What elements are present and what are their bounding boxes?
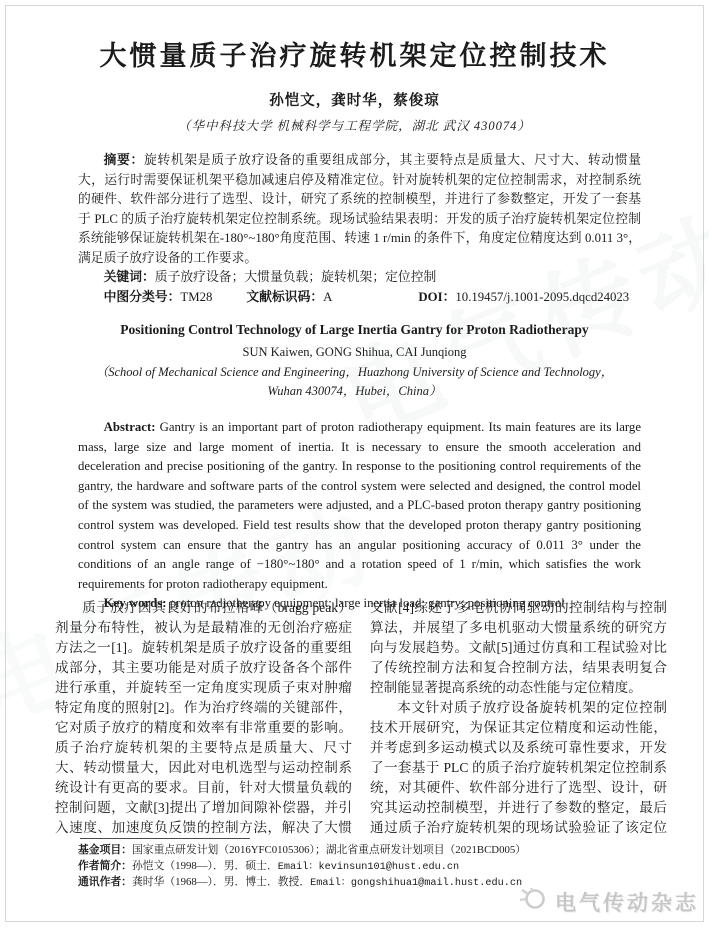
footnote-author-text: 孙恺文（1998—）．男．硕士． (132, 860, 278, 872)
clc-number: TM28 (180, 290, 212, 304)
keywords-cn: 关键词：质子放疗设备；大惯量负载；旋转机架；定位控制 (78, 268, 641, 288)
footnote-corr-email: Email：gongshihua1@mail.hust.edu.cn (310, 878, 522, 889)
abstract-cn: 摘要：旋转机架是质子放疗设备的重要组成部分，其主要特点是质量大、尺寸大、转动惯量… (78, 151, 641, 268)
doi-value: 10.19457/j.1001-2095.dqcd24023 (455, 290, 629, 304)
abstract-en-text: Gantry is an important part of proton ra… (78, 420, 641, 591)
body-paragraph: 质子放疗因其良好的布拉格峰（bragg peak）剂量分布特性，被认为是最精准的… (55, 598, 352, 838)
body-column-right: 文献[4]综述了多电机协同驱动的控制结构与控制算法，并展望了多电机驱动大惯量系统… (370, 598, 667, 838)
article-meta-row: 中图分类号：TM28文献标识码：ADOI：10.19457/j.1001-209… (78, 288, 641, 308)
footnote-fund: 基金项目：国家重点研发计划（2016YFC0105306）；湖北省重点研发计划项… (78, 843, 650, 859)
footnote-corr-label: 通讯作者： (78, 876, 132, 888)
authors-en: SUN Kaiwen, GONG Shihua, CAI Junqiong (0, 345, 709, 360)
footnote-author: 作者简介：孙恺文（1998—）．男．硕士．Email：kevinsun101@h… (78, 859, 650, 876)
abstract-cn-label: 摘要： (104, 153, 144, 167)
page-title: 大惯量质子治疗旋转机架定位控制技术 (20, 34, 689, 73)
clc-label: 中图分类号： (104, 290, 181, 304)
footnote-author-label: 作者简介： (78, 860, 132, 872)
keywords-cn-text: 质子放疗设备；大惯量负载；旋转机架；定位控制 (155, 270, 437, 284)
abstract-cn-text: 旋转机架是质子放疗设备的重要组成部分，其主要特点是质量大、尺寸大、转动惯量大，运… (78, 153, 641, 265)
body-paragraph: 文献[4]综述了多电机协同驱动的控制结构与控制算法，并展望了多电机驱动大惯量系统… (370, 598, 667, 698)
footnote-block: 基金项目：国家重点研发计划（2016YFC0105306）；湖北省重点研发计划项… (78, 838, 650, 892)
journal-watermark-text: 电气传动杂志 (555, 887, 699, 917)
body-two-columns: 质子放疗因其良好的布拉格峰（bragg peak）剂量分布特性，被认为是最精准的… (55, 598, 667, 838)
footnote-rule (80, 838, 250, 839)
footnote-corr-text: 龚时华（1968—）．男．博士．教授． (132, 876, 310, 888)
authors-cn: 孙恺文，龚时华，蔡俊琼 (0, 89, 709, 110)
affiliation-en-line1: （School of Mechanical Science and Engine… (0, 363, 709, 382)
body-column-left: 质子放疗因其良好的布拉格峰（bragg peak）剂量分布特性，被认为是最精准的… (55, 598, 352, 838)
page-title-en: Positioning Control Technology of Large … (0, 322, 709, 338)
footnote-author-email: Email：kevinsun101@hust.edu.cn (278, 862, 459, 873)
footnote-fund-text: 国家重点研发计划（2016YFC0105306）；湖北省重点研发计划项目（202… (132, 844, 526, 856)
abstract-en: Abstract: Gantry is an important part of… (78, 418, 641, 594)
affiliation-en-line2: Wuhan 430074，Hubei，China） (0, 382, 709, 401)
journal-watermark: 电气传动杂志 (518, 885, 699, 918)
footnote-fund-label: 基金项目： (78, 844, 132, 856)
journal-logo-icon (518, 885, 548, 918)
doc-code-label: 文献标识码： (246, 290, 323, 304)
affiliation-cn: （华中科技大学 机械科学与工程学院，湖北 武汉 430074） (0, 116, 709, 134)
paper-page: 电气传动 电气传动 大惯量质子治疗旋转机架定位控制技术 孙恺文，龚时华，蔡俊琼 … (0, 0, 709, 927)
abstract-en-label: Abstract: (104, 420, 156, 434)
affiliation-en: （School of Mechanical Science and Engine… (0, 363, 709, 401)
doc-code: A (323, 290, 332, 304)
body-paragraph: 本文针对质子放疗设备旋转机架的定位控制技术开展研究，为保证其定位精度和运动性能，… (370, 698, 667, 838)
keywords-cn-label: 关键词： (104, 270, 155, 284)
doi-label: DOI： (418, 290, 455, 304)
